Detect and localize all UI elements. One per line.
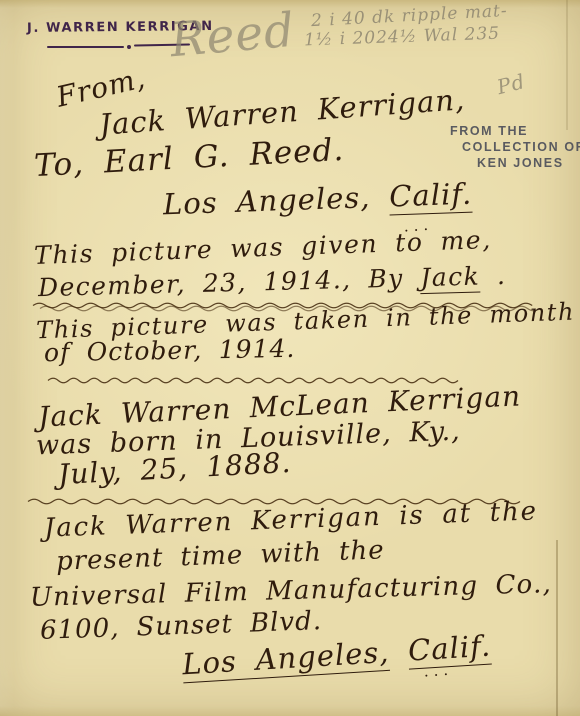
work-line2: present time with the: [56, 537, 385, 574]
given-line2: December, 23, 1914., By Jack .: [38, 263, 507, 300]
pencil-scrawl-reed: Reed: [168, 7, 297, 65]
given-name-underlined: Jack: [420, 262, 480, 295]
city-top: Los Angeles,: [162, 180, 370, 221]
work-line4: 6100, Sunset Blvd.: [40, 608, 323, 644]
pencil-note-line2: 1½ i 2024½ Wal 235: [304, 26, 501, 50]
state-bottom-underlined: Calif.: [407, 629, 492, 670]
scanned-letter-page: J. WARREN KERRIGAN Reed 2 i 40 dk ripple…: [0, 0, 580, 716]
flourish-dots-bottom: ···: [423, 665, 453, 685]
given-date: December, 23, 1914., By: [38, 263, 421, 302]
collection-stamp-line1: FROM THE: [450, 124, 528, 138]
city-bottom-underlined: Los Angeles,: [181, 635, 390, 684]
owner-underline-segment: [47, 46, 124, 48]
to-line: To, Earl G. Reed.: [33, 135, 345, 182]
taken-line2: of October, 1914.: [44, 336, 296, 365]
city-state-line-top: Los Angeles, Calif.: [163, 180, 473, 220]
given-line1: This picture was given to me,: [34, 227, 492, 268]
wavy-divider-2: [48, 376, 458, 385]
collection-stamp-line3: KEN JONES: [477, 156, 564, 170]
work-line3: Universal Film Manufacturing Co.,: [30, 571, 553, 611]
paper-edge-crease: [556, 540, 558, 716]
given-period: .: [497, 261, 507, 290]
from-name: Jack Warren Kerrigan,: [98, 85, 466, 139]
paper-edge-crease: [566, 0, 568, 130]
collection-stamp-line2: COLLECTION OF: [462, 140, 580, 154]
owner-underline-dot: [127, 45, 131, 49]
pencil-paid-mark: Pd: [495, 71, 527, 97]
state-top-underlined: Calif.: [389, 177, 473, 216]
